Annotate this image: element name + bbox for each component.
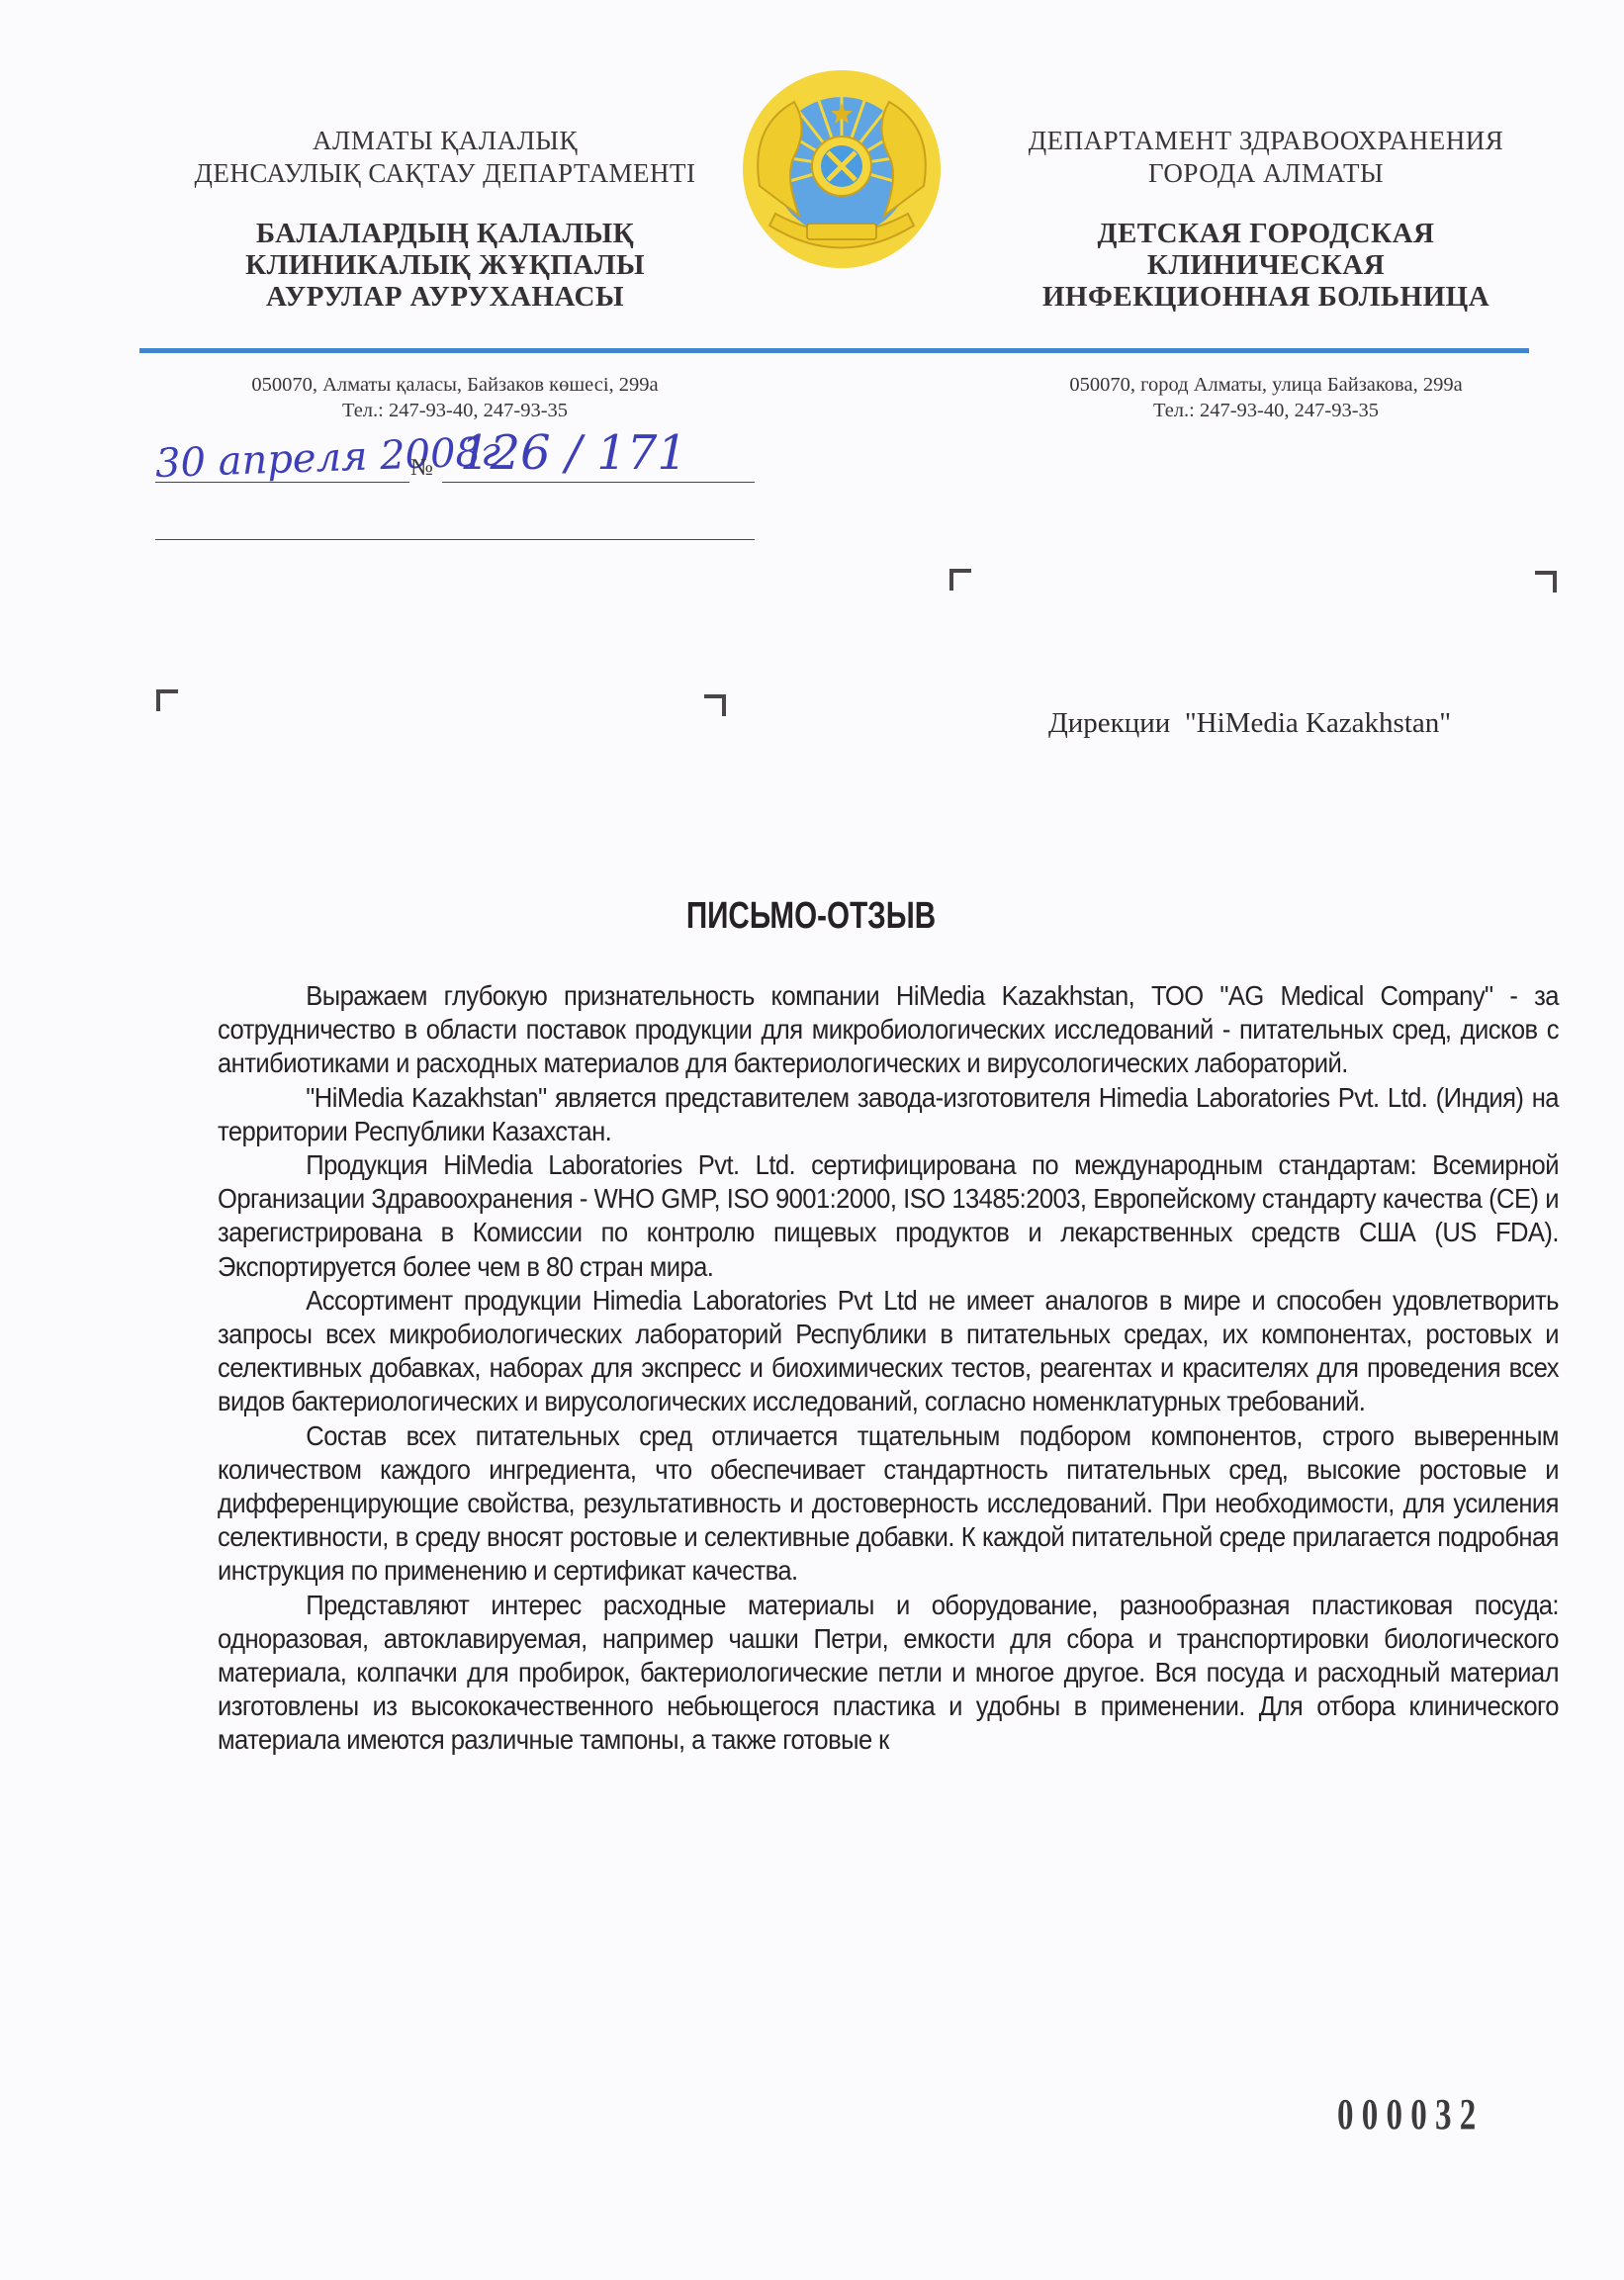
right-phone: Тел.: 247-93-40, 247-93-35	[989, 398, 1543, 423]
registration-field: 30 апреля 2008г № 126 / 171	[153, 435, 757, 495]
coat-of-arms-icon	[740, 67, 944, 271]
paragraph-2: "HiMedia Kazakhstan" является представит…	[218, 1081, 1559, 1148]
right-org-name: ДЕТСКАЯ ГОРОДСКАЯ КЛИНИЧЕСКАЯ ИНФЕКЦИОНН…	[989, 218, 1543, 313]
right-department-line-2: ГОРОДА АЛМАТЫ	[989, 157, 1543, 190]
left-department-line-1: АЛМАТЫ ҚАЛАЛЫҚ	[148, 125, 742, 157]
addressee: Дирекции "HiMedia Kazakhstan"	[1048, 707, 1451, 740]
letter-body: Выражаем глубокую признательность компан…	[218, 979, 1559, 1758]
paragraph-6: Представляют интерес расходные материалы…	[218, 1589, 1559, 1758]
right-address-block: 050070, город Алматы, улица Байзакова, 2…	[989, 372, 1543, 423]
left-org-line-3: АУРУЛАР АУРУХАНАСЫ	[148, 281, 742, 313]
number-handwritten: 126 / 171	[460, 425, 687, 481]
page-number-stamp: 000032	[1337, 2089, 1485, 2140]
document-title: ПИСЬМО-ОТЗЫВ	[610, 895, 1012, 938]
left-org-line-2: КЛИНИКАЛЫҚ ЖҰҚПАЛЫ	[148, 249, 742, 281]
left-org-name: БАЛАЛАРДЫҢ ҚАЛАЛЫҚ КЛИНИКАЛЫҚ ЖҰҚПАЛЫ АУ…	[148, 218, 742, 313]
right-org-line-2: КЛИНИЧЕСКАЯ	[989, 249, 1543, 281]
right-address: 050070, город Алматы, улица Байзакова, 2…	[989, 372, 1543, 398]
left-department-line-2: ДЕНСАУЛЫҚ САҚТАУ ДЕПАРТАМЕНТІ	[148, 157, 742, 190]
right-department-line-1: ДЕПАРТАМЕНТ ЗДРАВООХРАНЕНИЯ	[989, 125, 1543, 157]
left-address: 050070, Алматы қаласы, Байзаков көшесі, …	[158, 372, 752, 398]
number-underline	[442, 482, 755, 483]
left-org-line-1: БАЛАЛАРДЫҢ ҚАЛАЛЫҚ	[148, 218, 742, 249]
paragraph-1: Выражаем глубокую признательность компан…	[218, 979, 1559, 1081]
right-corner-mark-right	[1535, 571, 1557, 593]
paragraph-3: Продукция HiMedia Laboratories Pvt. Ltd.…	[218, 1148, 1559, 1284]
second-registration-line	[155, 539, 755, 540]
left-phone: Тел.: 247-93-40, 247-93-35	[158, 398, 752, 423]
left-address-block: 050070, Алматы қаласы, Байзаков көшесі, …	[158, 372, 752, 423]
right-corner-mark-left	[949, 569, 971, 591]
right-org-line-3: ИНФЕКЦИОННАЯ БОЛЬНИЦА	[989, 281, 1543, 313]
left-corner-mark	[156, 689, 178, 711]
letterhead-rule	[139, 348, 1529, 353]
right-org-line-1: ДЕТСКАЯ ГОРОДСКАЯ	[989, 218, 1543, 249]
left-block-corner-mark	[704, 694, 726, 716]
date-handwritten: 30 апреля 2008г	[154, 429, 501, 487]
paragraph-4: Ассортимент продукции Himedia Laboratori…	[218, 1284, 1559, 1419]
number-label: №	[410, 455, 433, 482]
letterhead-left: АЛМАТЫ ҚАЛАЛЫҚ ДЕНСАУЛЫҚ САҚТАУ ДЕПАРТАМ…	[148, 125, 742, 313]
paragraph-5: Состав всех питательных сред отличается …	[218, 1419, 1559, 1589]
letterhead-right: ДЕПАРТАМЕНТ ЗДРАВООХРАНЕНИЯ ГОРОДА АЛМАТ…	[989, 125, 1543, 313]
